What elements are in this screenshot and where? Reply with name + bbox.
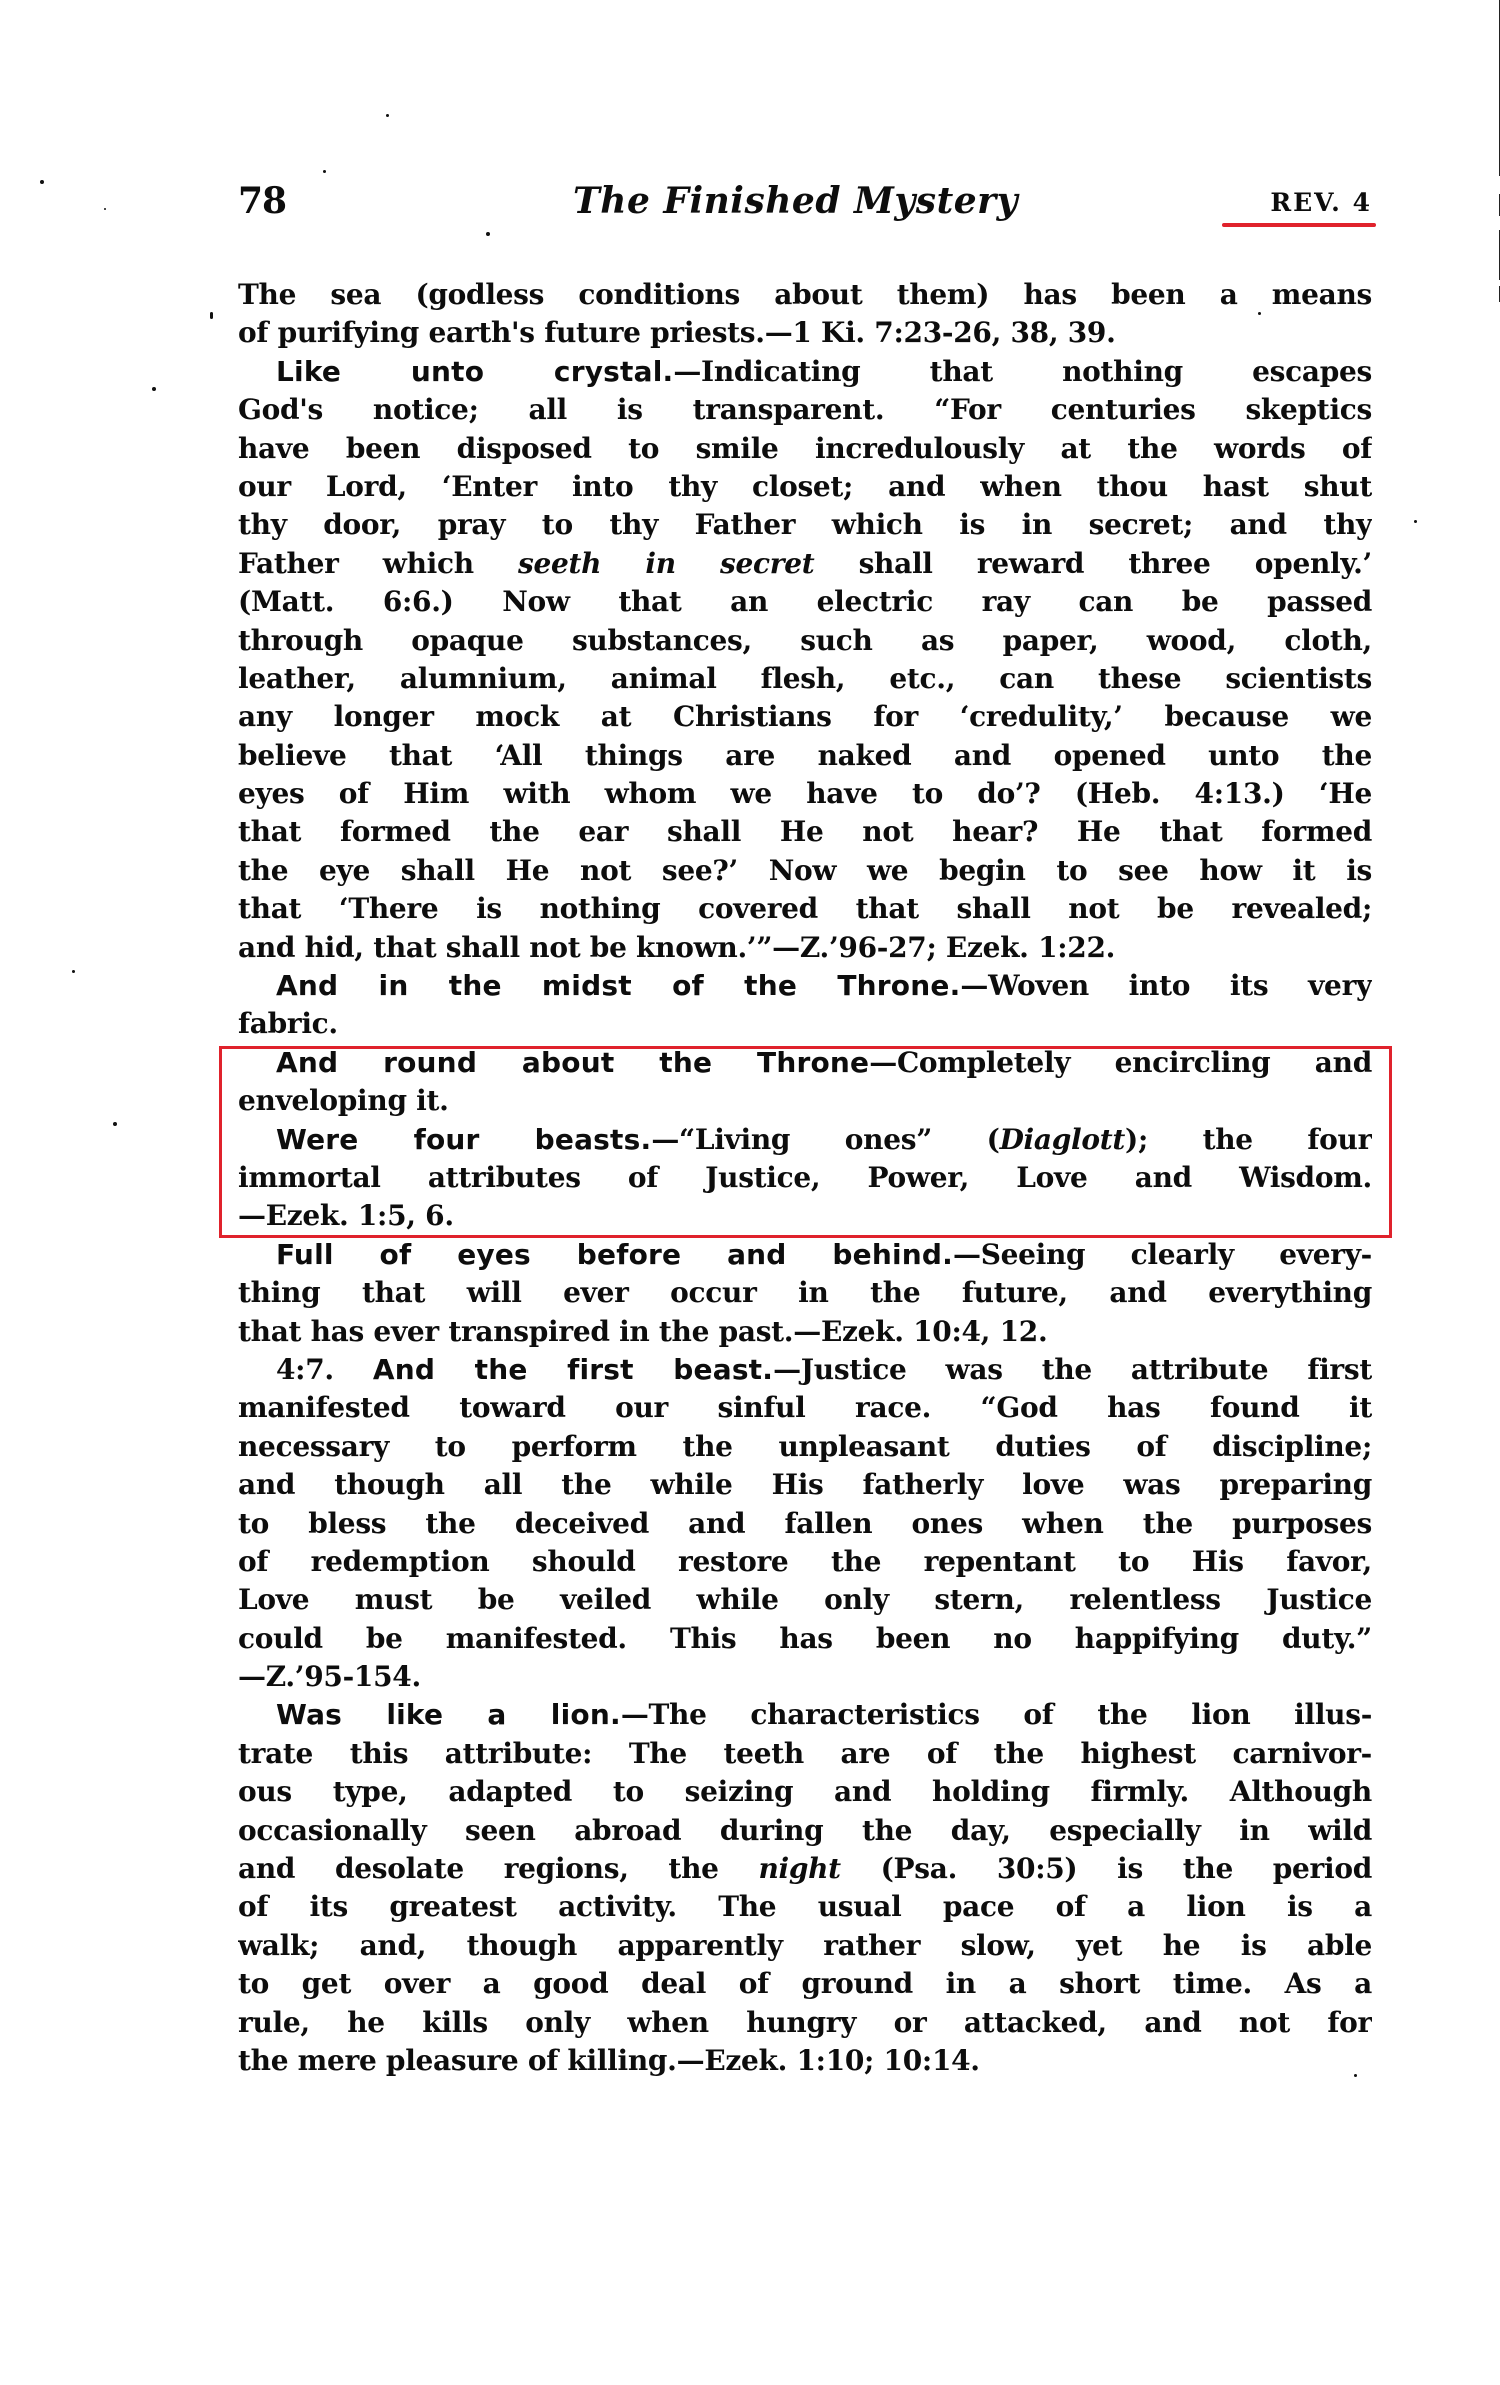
line-text: that ‘There is nothing covered that shal…	[238, 892, 1372, 925]
line-text: of redemption should restore the repenta…	[238, 1545, 1372, 1578]
entry-heading-line: Like unto crystal.—Indicating that nothi…	[238, 353, 1372, 391]
text-line: trate this attribute: The teeth are of t…	[238, 1735, 1372, 1773]
line-text: the mere pleasure of killing.—Ezek. 1:10…	[238, 2044, 980, 2077]
text-line: enveloping it.	[238, 1082, 1372, 1120]
text-line: the eye shall He not see?’ Now we begin …	[238, 852, 1372, 890]
text-line: to get over a good deal of ground in a s…	[238, 1965, 1372, 2003]
line-text: trate this attribute: The teeth are of t…	[238, 1737, 1372, 1770]
scan-speck	[1354, 2074, 1357, 2077]
line-text-prefix: —“Living ones” (	[651, 1123, 999, 1156]
running-head: 78 The Finished Mystery REV. 4	[238, 176, 1372, 226]
text-line: ous type, adapted to seizing and holding…	[238, 1773, 1372, 1811]
entry-heading-line: Full of eyes before and behind.—Seeing c…	[238, 1236, 1372, 1274]
text-line: and though all the while His fatherly lo…	[238, 1466, 1372, 1504]
text-line: of its greatest activity. The usual pace…	[238, 1888, 1372, 1926]
text-line: of redemption should restore the repenta…	[238, 1543, 1372, 1581]
line-text: of its greatest activity. The usual pace…	[238, 1890, 1372, 1923]
line-text: rule, he kills only when hungry or attac…	[238, 2006, 1372, 2039]
text-line: Love must be veiled while only stern, re…	[238, 1581, 1372, 1619]
scan-speck	[40, 180, 44, 184]
text-line: (Matt. 6:6.) Now that an electric ray ca…	[238, 583, 1372, 621]
page-number: 78	[238, 180, 286, 222]
line-text: (Matt. 6:6.) Now that an electric ray ca…	[238, 585, 1372, 618]
line-text: to bless the deceived and fallen ones wh…	[238, 1507, 1372, 1540]
line-text: of purifying earth's future priests.—1 K…	[238, 316, 1116, 349]
line-text: could be manifested. This has been no ha…	[238, 1622, 1372, 1655]
entry-heading: Were four beasts.	[276, 1123, 651, 1156]
line-text: necessary to perform the unpleasant duti…	[238, 1430, 1372, 1463]
text-line: to bless the deceived and fallen ones wh…	[238, 1505, 1372, 1543]
text-line: occasionally seen abroad during the day,…	[238, 1812, 1372, 1850]
line-text: manifested toward our sinful race. “God …	[238, 1391, 1372, 1424]
italic-phrase: seeth in secret	[518, 547, 814, 580]
line-text: through opaque substances, such as paper…	[238, 624, 1372, 657]
line-text: believe that ‘All things are naked and o…	[238, 739, 1372, 772]
text-line: of purifying earth's future priests.—1 K…	[238, 314, 1372, 352]
text-line: our Lord, ‘Enter into thy closet; and wh…	[238, 468, 1372, 506]
entry-heading: And the first beast.	[373, 1353, 773, 1386]
scan-speck	[386, 114, 389, 117]
line-text: shall reward three openly.’	[814, 547, 1372, 580]
scan-speck	[1414, 520, 1417, 523]
line-text: (Psa. 30:5) is the period	[841, 1852, 1372, 1885]
chapter-reference: REV. 4	[1270, 188, 1372, 217]
text-line: thy door, pray to thy Father which is in…	[238, 506, 1372, 544]
entry-heading-line: 4:7. And the first beast.—Justice was th…	[238, 1351, 1372, 1389]
line-text: —Woven into its very	[960, 969, 1372, 1002]
text-line: and desolate regions, the night (Psa. 30…	[238, 1850, 1372, 1888]
entry-heading-line: And in the midst of the Throne.—Woven in…	[238, 967, 1372, 1005]
scan-speck	[1258, 312, 1261, 315]
line-text: —Justice was the attribute first	[773, 1353, 1372, 1386]
line-text: —Indicating that nothing escapes	[673, 355, 1372, 388]
line-text: and hid, that shall not be known.’”—Z.’9…	[238, 931, 1115, 964]
entry-heading: Full of eyes before and behind.	[276, 1238, 953, 1271]
entry-heading-line: Were four beasts.—“Living ones” (Diaglot…	[238, 1121, 1372, 1159]
scan-speck	[152, 387, 156, 391]
text-line: God's notice; all is transparent. “For c…	[238, 391, 1372, 429]
text-line: eyes of Him with whom we have to do’? (H…	[238, 775, 1372, 813]
line-text: walk; and, though apparently rather slow…	[238, 1929, 1372, 1962]
text-line: thing that will ever occur in the future…	[238, 1274, 1372, 1312]
line-text: —Seeing clearly every-	[953, 1238, 1372, 1271]
line-text: —Z.’95-154.	[238, 1660, 421, 1693]
text-line: through opaque substances, such as paper…	[238, 622, 1372, 660]
line-text: our Lord, ‘Enter into thy closet; and wh…	[238, 470, 1372, 503]
text-line: manifested toward our sinful race. “God …	[238, 1389, 1372, 1427]
line-text: fabric.	[238, 1007, 338, 1040]
scan-speck	[104, 208, 106, 210]
text-line: could be manifested. This has been no ha…	[238, 1620, 1372, 1658]
italic-phrase: night	[758, 1852, 840, 1885]
line-text: thing that will ever occur in the future…	[238, 1276, 1372, 1309]
line-text: have been disposed to smile incredulousl…	[238, 432, 1372, 465]
line-text: immortal attributes of Justice, Power, L…	[238, 1161, 1372, 1194]
line-text-prefix: and desolate regions, the	[238, 1852, 758, 1885]
italic-phrase: Diaglott	[1000, 1123, 1125, 1156]
line-text: the eye shall He not see?’ Now we begin …	[238, 854, 1372, 887]
text-line: have been disposed to smile incredulousl…	[238, 430, 1372, 468]
text-line: necessary to perform the unpleasant duti…	[238, 1428, 1372, 1466]
text-line: the mere pleasure of killing.—Ezek. 1:10…	[238, 2042, 1372, 2080]
scan-speck	[210, 312, 213, 319]
scan-speck	[113, 1122, 117, 1126]
line-text: any longer mock at Christians for ‘credu…	[238, 700, 1372, 733]
entry-heading-line: And round about the Throne—Completely en…	[238, 1044, 1372, 1082]
line-text: —Completely encircling and	[869, 1046, 1372, 1079]
book-title: The Finished Mystery	[573, 180, 1018, 222]
line-text: that has ever transpired in the past.—Ez…	[238, 1315, 1047, 1348]
text-line: rule, he kills only when hungry or attac…	[238, 2004, 1372, 2042]
line-text: enveloping it.	[238, 1084, 449, 1117]
entry-heading: And round about the Throne	[276, 1046, 869, 1079]
text-line: that formed the ear shall He not hear? H…	[238, 813, 1372, 851]
line-text: —The characteristics of the lion illus-	[621, 1698, 1372, 1731]
text-line: and hid, that shall not be known.’”—Z.’9…	[238, 929, 1372, 967]
line-text: occasionally seen abroad during the day,…	[238, 1814, 1372, 1847]
line-text: to get over a good deal of ground in a s…	[238, 1967, 1372, 2000]
scanned-book-page: 78 The Finished Mystery REV. 4 The sea (…	[0, 0, 1500, 2385]
text-line: believe that ‘All things are naked and o…	[238, 737, 1372, 775]
entry-heading: Like unto crystal.	[276, 355, 673, 388]
line-text-prefix: Father which	[238, 547, 518, 580]
line-text: leather, alumnium, animal flesh, etc., c…	[238, 662, 1372, 695]
line-text: that formed the ear shall He not hear? H…	[238, 815, 1372, 848]
scan-speck	[323, 170, 326, 173]
line-text: God's notice; all is transparent. “For c…	[238, 393, 1372, 426]
text-line: immortal attributes of Justice, Power, L…	[238, 1159, 1372, 1197]
text-line: that has ever transpired in the past.—Ez…	[238, 1313, 1372, 1351]
text-line: The sea (godless conditions about them) …	[238, 276, 1372, 314]
text-line: walk; and, though apparently rather slow…	[238, 1927, 1372, 1965]
line-text: ous type, adapted to seizing and holding…	[238, 1775, 1372, 1808]
entry-heading: Was like a lion.	[276, 1698, 621, 1731]
line-text: ); the four	[1125, 1123, 1372, 1156]
text-line: —Z.’95-154.	[238, 1658, 1372, 1696]
entry-heading: And in the midst of the Throne.	[276, 969, 960, 1002]
line-text: and though all the while His fatherly lo…	[238, 1468, 1372, 1501]
text-line: Father which seeth in secret shall rewar…	[238, 545, 1372, 583]
body-text: The sea (godless conditions about them) …	[238, 276, 1372, 2080]
entry-heading-line: Was like a lion.—The characteristics of …	[238, 1696, 1372, 1734]
line-text: —Ezek. 1:5, 6.	[238, 1199, 454, 1232]
line-text: thy door, pray to thy Father which is in…	[238, 508, 1372, 541]
line-text-prefix: 4:7.	[276, 1353, 373, 1386]
text-line: any longer mock at Christians for ‘credu…	[238, 698, 1372, 736]
text-line: fabric.	[238, 1005, 1372, 1043]
scan-speck	[72, 970, 75, 973]
text-line: —Ezek. 1:5, 6.	[238, 1197, 1372, 1235]
line-text: The sea (godless conditions about them) …	[238, 278, 1372, 311]
scan-speck	[486, 232, 490, 236]
text-line: that ‘There is nothing covered that shal…	[238, 890, 1372, 928]
line-text: Love must be veiled while only stern, re…	[238, 1583, 1372, 1616]
chapter-reference-red-underline	[1222, 223, 1376, 227]
text-line: leather, alumnium, animal flesh, etc., c…	[238, 660, 1372, 698]
line-text: eyes of Him with whom we have to do’? (H…	[238, 777, 1372, 810]
